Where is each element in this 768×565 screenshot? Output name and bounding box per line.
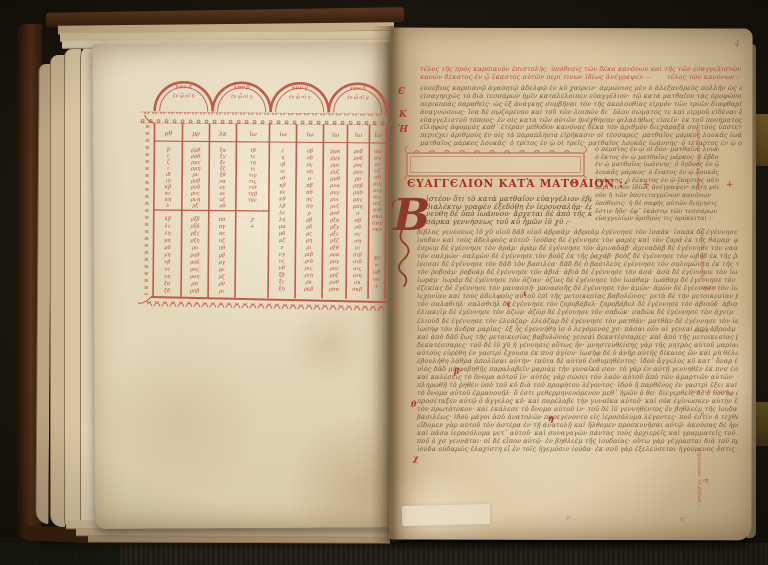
- canon-numeral: ι: [167, 166, 169, 172]
- canon-numeral: β: [166, 147, 170, 153]
- manuscript-text-line: τὸν σαλμών· σαλμὼν δὲ ἐγέννησε τὸν βοὸζ …: [417, 252, 738, 260]
- canon-numeral: νβ: [164, 259, 170, 265]
- column-header: ϊω: [249, 131, 256, 138]
- canon-numeral: σι: [355, 245, 361, 251]
- canon-numeral: ξθ: [220, 172, 227, 178]
- column-header: ϊω: [332, 132, 339, 139]
- canon-numeral: σιη: [353, 273, 363, 279]
- canon-numeral: ·χ·: [249, 217, 256, 223]
- canon-numeral: ριδ: [304, 259, 313, 265]
- canon-numeral: σιβ: [353, 252, 362, 258]
- canon-numeral: σιθ: [373, 207, 383, 213]
- canon-numeral: ρξη: [190, 238, 201, 244]
- column-header: ϊω: [306, 131, 313, 138]
- arch-label: καν γ: [291, 85, 309, 91]
- canon-numeral: κθ: [278, 196, 286, 202]
- canon-numeral: τιϛ: [249, 179, 257, 185]
- marginal-initial: Є: [398, 87, 405, 97]
- canon-numeral: ρκβ: [303, 286, 314, 292]
- manuscript-text-line: τέλος τῆς πρὸς καρπιανὸν ἐπιστολῆς· ὑπόθ…: [420, 65, 742, 73]
- canon-numeral: ρπβ: [352, 183, 363, 189]
- inline-red-initial: τ: [506, 299, 511, 309]
- gospel-title: ЄΥΑΓΓЄΛΙΟΝ ΚΑΤᾺ ΜΑΤΘΑΙΟΝ :·: [407, 178, 628, 191]
- manuscript-text-line: προσέταξεν αὐτῷ ὁ ἄγγελος κῡ· καὶ παρέλα…: [417, 397, 738, 405]
- canon-numeral: τκε: [248, 197, 257, 203]
- inline-red-initial: η: [548, 413, 554, 423]
- canon-numeral: οβ: [307, 148, 313, 154]
- canon-numeral: ρϛ: [305, 231, 312, 237]
- arch-label: καν δ: [349, 86, 367, 92]
- canon-numeral: ροϛ: [189, 267, 199, 273]
- canon-numeral: ριϛ: [304, 266, 313, 272]
- canon-numeral: τιθ: [248, 185, 257, 191]
- arch-label: ἐν ᾧ οἱ γ: [231, 92, 253, 100]
- canon-numeral: ρξζ: [329, 238, 340, 244]
- canon-numeral: σκε: [372, 227, 382, 233]
- canon-numeral: πη: [305, 204, 313, 210]
- manuscript-text-line: ἐβουλήθη λάθρα ἀπολῦσαι αὐτήν· ταῦτα δὲ …: [417, 357, 738, 365]
- canon-numeral: τκβ: [248, 191, 257, 197]
- canon-numeral: ρπ: [354, 176, 362, 182]
- canon-numeral: ρμθ: [329, 176, 340, 182]
- canon-numeral: τβ: [250, 148, 256, 154]
- canon-numeral: +: [250, 224, 254, 230]
- canon-numeral: ρξ: [191, 203, 199, 209]
- canon-numeral: οζ: [219, 197, 226, 203]
- canon-numeral: ξα: [164, 281, 171, 287]
- canon-numeral: ξη: [279, 286, 286, 292]
- margin-note: κεφ α :·: [701, 285, 722, 291]
- manuscript-text-line: ἰωσὴφ τὸν ἄνδρα μαρίας· ἐξ ἧς ἐγεννήθη ἰ…: [417, 325, 738, 333]
- canon-numeral: ιε: [280, 169, 285, 175]
- canon-numeral: χρ: [373, 255, 381, 261]
- canon-numeral: ξα: [220, 148, 227, 154]
- canon-numeral: κε: [164, 191, 171, 197]
- canon-numeral: λη: [163, 230, 171, 236]
- right-page-text-block: τέλος τῆς πρὸς καρπιανὸν ἐπιστολῆς· ὑπόθ…: [390, 28, 752, 540]
- left-leaf-border: [146, 125, 147, 295]
- canon-numeral: ρξδ: [190, 224, 200, 230]
- canon-numeral: οη: [307, 169, 314, 175]
- canon-numeral: ξβ: [279, 272, 285, 278]
- canon-numeral: ρδ: [305, 224, 312, 230]
- column-header: μρ: [192, 130, 200, 137]
- canon-numeral: ρμζ: [330, 169, 341, 175]
- title-cross-marks: + ·:· +: [642, 180, 740, 190]
- canon-numeral: ροβ: [353, 149, 363, 155]
- canon-numeral: ρκ: [304, 279, 312, 285]
- canon-numeral: πε: [218, 231, 225, 237]
- arch-label: ἐν ᾧ οἱ δ: [173, 91, 195, 99]
- canon-numeral: κη: [164, 197, 172, 203]
- canon-numeral: ξγ: [220, 154, 227, 160]
- canon-numeral: ρβ: [218, 253, 225, 259]
- canon-numeral: ριη: [304, 273, 314, 279]
- marginal-initial: Κ: [399, 110, 407, 120]
- canon-numeral: ρπη: [352, 204, 364, 210]
- manuscript-text-line: βίβλος γενέσεως ἰῦ χῦ υἱοῦ δᾱδ υἱοῦ ἀβρα…: [417, 228, 738, 236]
- manuscript-text-line: τὸν πρωτότοκον· καὶ ἐκάλεσε τὸ ὄνομα αὐτ…: [417, 405, 738, 413]
- canon-numeral: ρνζ: [329, 204, 340, 210]
- manuscript-text-line: εἰσαγηοχὼς τὸ διὰ τεσσάρων ἡμῖν καταλέλο…: [420, 93, 742, 101]
- manuscript-text-line: αὐτοὺς εὑρέθη ἐν γαστρὶ ἔχουσα ἐκ πνσ ἁγ…: [417, 349, 738, 357]
- canon-numeral: ρι: [305, 245, 311, 251]
- canon-numeral: ροη: [352, 169, 363, 175]
- faint-mark: μ: [566, 514, 570, 521]
- page-stack-bottom-edge: [88, 535, 390, 543]
- canon-numeral: ρι: [218, 289, 224, 295]
- manuscript-text-line: δεκατέσσαρες· τοῦ δὲ ἰῡ χῡ ἡ γέννησις οὕ…: [417, 341, 738, 349]
- manuscript-text-line: ἐλιοὺδ δὲ ἐγέννησε τὸν ἐλεάζαρ· ἐλεάζαρ …: [417, 317, 738, 325]
- arch-label: καν β: [233, 85, 250, 91]
- canon-numeral: ρνα: [329, 183, 340, 189]
- manuscript-text-line: διαλέκτῳ γραφὲν ἐξεδόθη ἐν ἱερουσαλήμ· ἑ…: [426, 203, 592, 211]
- canon-numeral: σιε: [373, 194, 382, 200]
- canon-numeral: σζ: [374, 168, 382, 174]
- canon-numeral: ωβ: [373, 269, 380, 275]
- canon-numeral: λε: [164, 223, 171, 229]
- bottom-vine-border: [147, 301, 385, 316]
- canon-numeral: νγ: [279, 252, 286, 258]
- canon-numeral: τη: [250, 160, 257, 166]
- canon-numeral: ργ: [218, 260, 226, 266]
- margin-note: ζήτει ἐν τῷ κανόνι: [699, 228, 705, 262]
- canon-numeral: ρη: [305, 238, 313, 244]
- canon-numeral: ροδ: [189, 260, 199, 266]
- canon-numeral: πδ: [305, 190, 313, 196]
- faint-mark: ιϛ: [680, 516, 686, 523]
- canon-numeral: τε: [250, 154, 256, 160]
- canon-numeral: ρξε: [329, 231, 339, 237]
- manuscript-text-line: ἰούδαν καὶ τοὺς ἀδελφοὺς αὐτοῦ· ἰούδας δ…: [417, 236, 738, 244]
- canon-numeral: ροα: [329, 252, 340, 258]
- canon-numeral: κβ: [278, 183, 285, 189]
- canon-numeral: σκα: [372, 214, 383, 220]
- canon-numeral: ρπβ: [189, 288, 200, 294]
- canon-numeral: πθ: [218, 245, 226, 251]
- manuscript-text-line: ἐλιακεὶμ δὲ ἐγέννησε τὸν ἀζώρ· ἀζὼρ δὲ ἐ…: [417, 308, 738, 316]
- canon-numeral: σιϛ: [353, 266, 362, 272]
- canon-numeral: ρμγ: [329, 155, 340, 161]
- canon-numeral: σκγ: [372, 220, 383, 226]
- canon-numeral: λη: [278, 217, 286, 223]
- canon-numeral: ιβ: [280, 162, 285, 168]
- canon-numeral: μζ: [279, 238, 286, 244]
- canon-numeral: ρνε: [329, 197, 339, 203]
- canon-numeral: λε: [278, 210, 285, 216]
- inline-red-initial: β: [454, 366, 459, 376]
- canon-numeral: νε: [164, 267, 170, 273]
- canon-numeral: σκβ: [352, 287, 362, 293]
- canon-numeral: ρνθ: [329, 211, 340, 217]
- foot-red-mark: ιη: [703, 478, 708, 484]
- rubric-paragraph: τέλος τῆς πρὸς καρπιανὸν ἐπιστολῆς· ὑπόθ…: [420, 65, 742, 81]
- canon-numeral: ρμϛ: [190, 160, 200, 166]
- canon-numeral: λβ: [164, 216, 171, 222]
- manuscript-photograph: καν αἐν ᾧ οἱ δκαν βἐν ᾧ οἱ γκαν γἐν ᾧ οἱ…: [0, 0, 768, 565]
- canon-numeral: σε: [375, 162, 382, 168]
- canon-numeral: ριβ: [304, 252, 313, 258]
- column-header: λκ: [218, 131, 227, 138]
- canon-numeral: ιδ: [166, 172, 171, 178]
- canon-numeral: μδ: [279, 231, 286, 237]
- manuscript-text-line: υἱὸς δᾱδ μὴ φοβηθῇς παραλαβεῖν μαριὰμ τὴ…: [417, 365, 738, 373]
- canon-numeral: πζ: [218, 238, 226, 244]
- canon-numeral: σθ: [374, 175, 382, 181]
- inline-red-initial: ι: [523, 288, 527, 298]
- canon-numeral: σβ: [354, 218, 361, 224]
- canon-numeral: πϛ: [305, 197, 312, 203]
- column-header: ϊω: [279, 131, 286, 138]
- canon-numeral: ροδ: [353, 156, 363, 162]
- margin-note: κεφ β: [694, 328, 709, 334]
- canon-numeral: ρβ: [305, 217, 312, 223]
- canon-numeral: πγ: [218, 224, 226, 230]
- canon-numeral: νη: [164, 274, 171, 280]
- canon-numeral: ρογ: [329, 259, 340, 265]
- canon-numeral: ρπ: [190, 281, 198, 287]
- manuscript-text-line: εἴδομεν γὰρ αὐτοῦ τὸν ἀστέρα ἐν τῇ ἀνατο…: [417, 421, 738, 429]
- folio-number: 4: [734, 40, 740, 50]
- canon-numeral: τι: [250, 166, 255, 172]
- manuscript-text-line: εὐσέβιος καρπιανῷ ἀγαπητῷ ἀδελφῷ ἐν κῡ χ…: [420, 85, 742, 93]
- cartouche-border: [405, 146, 587, 180]
- canon-numeral: μα: [164, 238, 171, 244]
- inline-red-initial: χ: [413, 453, 418, 463]
- canon-numeral: μδ: [164, 245, 171, 251]
- canon-numeral: ιη: [165, 178, 171, 184]
- canon-numeral: λ: [165, 203, 169, 209]
- gospel-body-paragraph: βίβλος γενέσεως ἰῦ χῦ υἱοῦ δᾱδ υἱοῦ ἀβρα…: [417, 228, 738, 453]
- canon-numeral: ρνϛ: [190, 191, 200, 197]
- canon-numeral: ρνβ: [190, 178, 200, 184]
- manuscript-text-line: ὑπόθεσις· ἡ δὲ σαφὴς αὐτῶν διήγησις: [595, 200, 719, 208]
- canon-numeral: ρμη: [190, 166, 201, 172]
- canon-numeral: κε: [278, 189, 285, 195]
- canon-numeral: ογ: [219, 185, 226, 191]
- canon-numeral: ε: [167, 153, 170, 159]
- margin-note: ἀρχ τοῦ εὐαγγ: [690, 389, 729, 395]
- manuscript-text-line: βασιλέως· ἰδοὺ μάγοι ἀπὸ ἀνατολῶν παρεγέ…: [417, 413, 738, 421]
- canon-numeral: ρν: [191, 172, 199, 178]
- canon-table: καν αἐν ᾧ οἱ δκαν βἐν ᾧ οἱ γκαν γἐν ᾧ οἱ…: [137, 57, 397, 321]
- manuscript-text-line: καὶ καλέσεις τὸ ὄνομα αὐτοῦ ἰν· αὐτὸς γὰ…: [417, 373, 738, 381]
- manuscript-text-line: καὶ ἀπὸ δᾱδ ἕως τῆς μετοικεσίας βαβυλῶνο…: [417, 333, 738, 341]
- canon-numeral: νϛ: [279, 259, 285, 265]
- manuscript-text-line: εὐαγγελίων ἀριθμός τις πρόκειται :·: [595, 215, 719, 223]
- canon-numeral: σα: [374, 149, 382, 155]
- canon-numeral: ζ: [167, 160, 171, 166]
- canon-numeral: ν: [280, 245, 284, 251]
- canon-numeral: ροζ: [329, 273, 340, 279]
- canon-numeral: πβ: [305, 183, 312, 189]
- canon-numeral: ρνδ: [190, 185, 200, 191]
- canon-numeral: ρπδ: [352, 190, 363, 196]
- canon-numeral: νθ: [279, 265, 286, 271]
- canon-numeral: σδ: [354, 225, 361, 231]
- manuscript-text-line: ἰστέον ὅτι τὸ κατὰ ματθαῖον εὐαγγέλιον ἑ…: [426, 195, 592, 203]
- canon-numeral: σ: [356, 211, 360, 217]
- manuscript-text-line: ἐσρὼμ δὲ ἐγέννησε τὸν ἀράμ· ἀρὰμ δὲ ἐγέν…: [417, 244, 738, 252]
- canon-numeral: μα: [279, 224, 286, 230]
- canon-numeral: ροη: [189, 274, 200, 280]
- canon-numeral: ρξθ: [329, 245, 340, 251]
- manuscript-text-line: περικοπὰς παραθείς· ὡς ἐξ ἀνάγκης συμβῆν…: [420, 101, 742, 109]
- canon-numeral: τιγ: [249, 173, 258, 179]
- margin-note: θ :·: [701, 411, 710, 417]
- canon-numeral: ση: [354, 238, 362, 244]
- canon-numeral: σϛ: [354, 232, 361, 238]
- canon-numeral: ροθ: [329, 280, 340, 286]
- column-header: μθ: [165, 130, 173, 137]
- marginal-initial: Ἠ: [398, 125, 408, 135]
- canon-numeral: ξε: [279, 279, 285, 285]
- canon-numeral: κβ: [164, 184, 171, 190]
- canon-numeral: ρζ: [218, 274, 226, 280]
- canon-numeral: σκ: [354, 280, 362, 286]
- canon-numeral: ρμδ: [190, 154, 201, 160]
- canon-numeral: ρμε: [330, 162, 340, 168]
- eusebian-letter-paragraph: εὐσέβιος καρπιανῷ ἀγαπητῷ ἀδελφῷ ἐν κῡ χ…: [420, 85, 742, 148]
- canon-numeral: ρμβ: [190, 147, 200, 153]
- manuscript-text-line: πληρωθῇ τὸ ῥηθὲν ὑπὸ τοῦ κῡ διὰ τοῦ προφ…: [417, 381, 738, 389]
- canon-numeral: ρπα: [328, 287, 340, 293]
- canon-numeral: ωε: [373, 277, 380, 283]
- manuscript-text-line: καὶ πᾶσα ἱεροσόλυμα μετ᾽ αὐτοῦ· καὶ συνα…: [417, 429, 738, 437]
- canon-numeral: σιδ: [353, 259, 362, 265]
- gospel-title-row: ЄΥΑΓΓЄΛΙΟΝ ΚΑΤᾺ ΜΑΤΘΑΙΟΝ :· + ·:· +: [407, 178, 741, 190]
- canon-numeral: οϛ: [307, 162, 313, 168]
- arch-label: καν α: [175, 84, 193, 90]
- page-stack-edge: [50, 55, 65, 527]
- canon-numeral: σιζ: [373, 201, 383, 207]
- canon-numeral: πα: [218, 217, 226, 223]
- canon-numeral: οε: [219, 191, 225, 197]
- canon-numeral: ε: [281, 148, 284, 154]
- canon-numeral: ρθ: [218, 281, 226, 287]
- mid-divider-rule: [154, 210, 269, 211]
- column-rules: [153, 123, 387, 299]
- canon-numeral: ρμα: [329, 149, 340, 155]
- column-header: ϊω: [374, 132, 381, 139]
- margin-note: σημείωσαι τὸ ῥητὸν :·: [696, 448, 702, 496]
- canon-numeral: ρνη: [190, 197, 201, 203]
- canon-numeral: ρπϛ: [352, 197, 363, 203]
- page-stack-edge: [64, 49, 81, 528]
- canon-numeral: +: [374, 284, 378, 290]
- canon-numeral: ξε: [220, 160, 226, 166]
- column-header: ϊω: [355, 132, 362, 139]
- canon-numeral: λβ: [278, 203, 285, 209]
- manuscript-text-line: νεύθη δὲ ὑπὸ ἰωάννου· ἄρχεται δὲ ἀπὸ τῆς…: [426, 210, 592, 218]
- margin-note: σημείωσαι τοὺς κανόνας: [695, 123, 701, 175]
- canon-numeral: ξζ: [220, 166, 227, 172]
- canon-numeral: ρξβ: [190, 216, 200, 222]
- canon-numeral: ρο: [191, 245, 198, 251]
- canon-numeral: η: [281, 155, 285, 161]
- canon-numeral: ρ: [307, 210, 312, 216]
- manuscript-text-line: οὖν ἡ τῶν ὑποτεταγμένων κανόνων: [595, 192, 719, 200]
- canon-numeral: οδ: [307, 155, 313, 161]
- manuscript-text-line: ἰούδα οὐδαμῶς ἐλαχίστη εἶ ἐν τοῖς ἡγεμόσ…: [417, 445, 738, 453]
- manuscript-text-line: κανὼν δέκατος ἐν ᾧ ἕκαστος αὐτῶν περί τι…: [420, 73, 742, 81]
- incipit-paragraph: ἰστέον ὅτι τὸ κατὰ ματθαῖον εὐαγγέλιον ἑ…: [426, 195, 592, 225]
- canon-numeral: μη: [164, 252, 171, 258]
- manuscript-text-line: σάρκα γεννήσεως τοῦ κῡ ἡμῶν ἰῡ χῡ :·: [426, 218, 592, 226]
- canon-numeral: ρξϛ: [190, 231, 200, 237]
- canon-numeral: ιθ: [280, 176, 286, 182]
- canon-numeral: ροβ: [189, 252, 199, 258]
- canon-numeral: σια: [373, 181, 383, 187]
- canon-numeral: ρξα: [329, 218, 340, 224]
- canon-numeral: ροϛ: [353, 163, 363, 169]
- canon-numeral: ροε: [329, 266, 339, 272]
- bottom-rule: [151, 297, 387, 302]
- inline-red-initial: θ: [411, 399, 416, 409]
- canon-numeral: ρνγ: [329, 190, 340, 196]
- canon-numeral: σιγ: [373, 188, 383, 194]
- manuscript-text-line: ἀναγνώσεως· ἵνα δὲ σῳζομένου καὶ τοῦ τῶν…: [420, 109, 742, 117]
- canon-numeral: οθ: [219, 203, 226, 209]
- empty-cartouche-frame: [404, 146, 588, 180]
- canon-numeral: ρξγ: [329, 224, 340, 230]
- arch-label: ἐν ᾧ οἱ γ: [289, 92, 311, 100]
- canon-numeral: ω: [375, 262, 380, 268]
- canon-numeral: σγ: [374, 155, 382, 161]
- header-rule: [154, 141, 386, 143]
- canon-numeral: π: [307, 176, 312, 182]
- canon-numeral: οα: [219, 179, 226, 185]
- canon-numeral: ρε: [218, 267, 225, 273]
- arch-label: ἐν ᾧ οἱ γ: [347, 93, 369, 101]
- canon-numeral: ξδ: [164, 288, 170, 294]
